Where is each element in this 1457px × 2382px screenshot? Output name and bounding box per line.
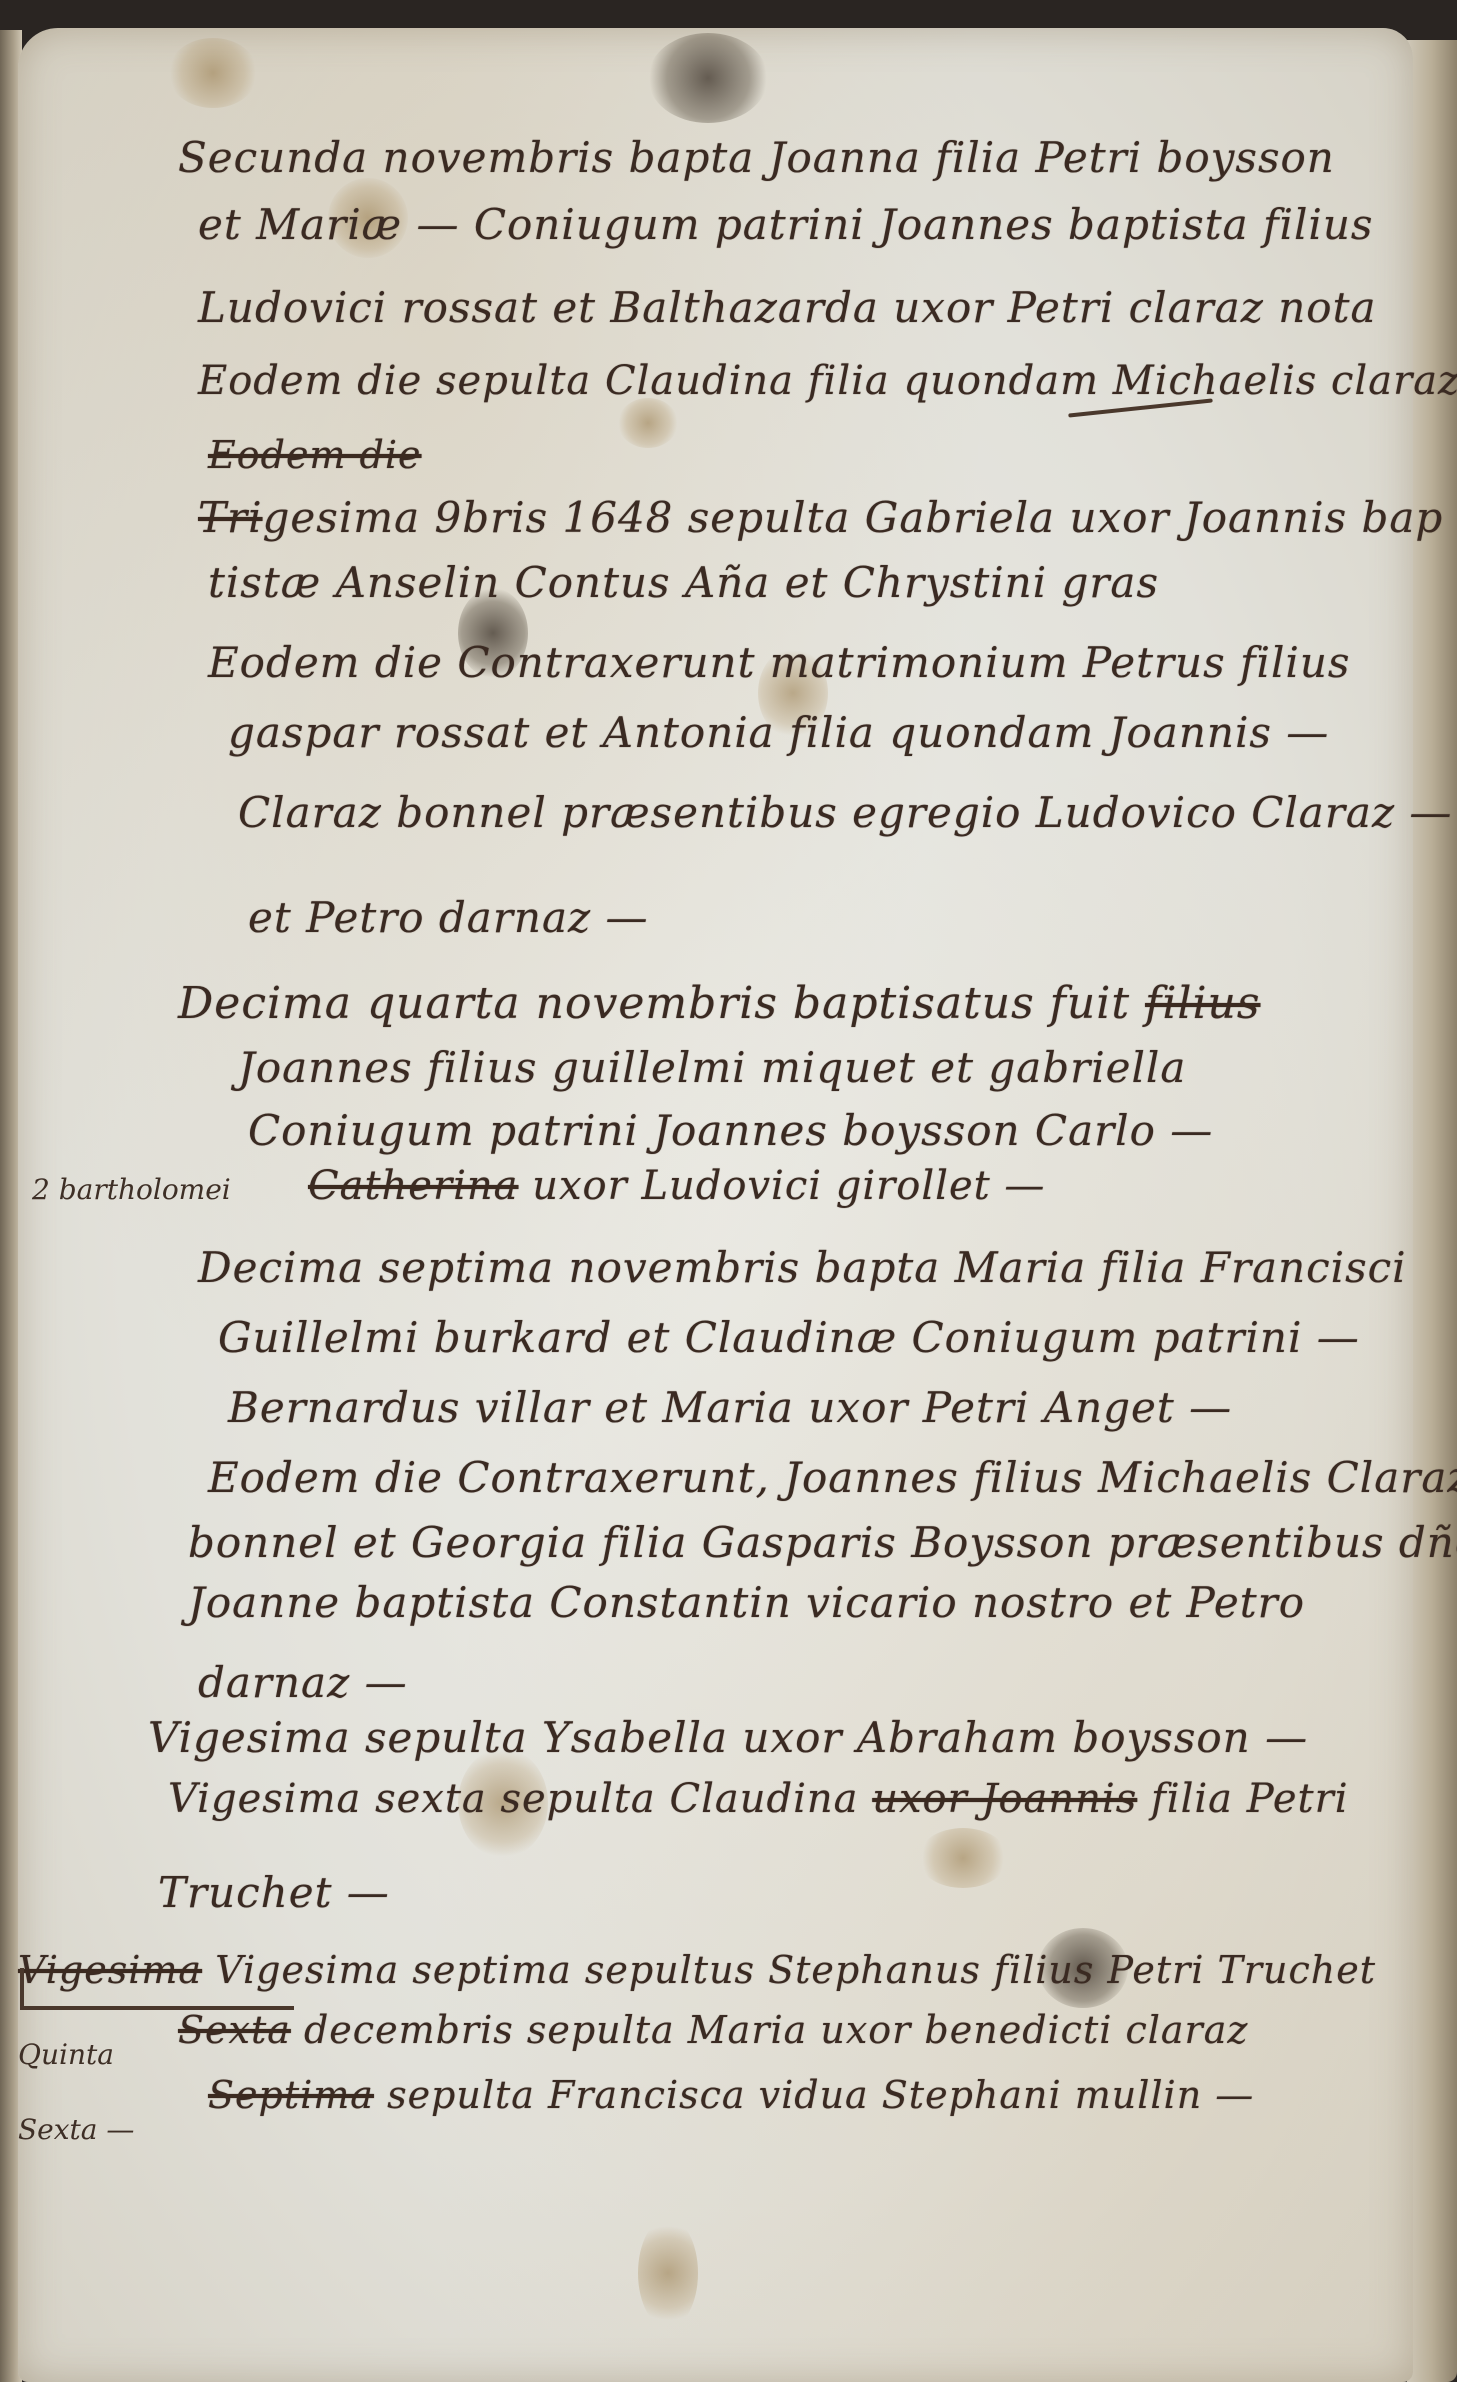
manuscript-line: Secunda novembris bapta Joanna filia Pet…	[178, 133, 1335, 182]
manuscript-line: Vigesima sepulta Ysabella uxor Abraham b…	[148, 1713, 1308, 1762]
manuscript-line: Vigesima sexta sepulta Claudina uxor Joa…	[168, 1776, 1349, 1822]
manuscript-line: darnaz —	[198, 1658, 408, 1707]
manuscript-line: Guillelmi burkard et Claudinæ Coniugum p…	[218, 1313, 1360, 1362]
manuscript-line: Joanne baptista Constantin vicario nostr…	[188, 1578, 1305, 1627]
manuscript-line: Joannes filius guillelmi miquet et gabri…	[238, 1043, 1186, 1092]
manuscript-line-struck: Eodem die	[208, 433, 422, 477]
manuscript-line: bonnel et Georgia filia Gasparis Boysson…	[188, 1518, 1457, 1567]
manuscript-line: Catherina uxor Ludovici girollet —	[308, 1163, 1045, 1209]
manuscript-line: Eodem die Contraxerunt, Joannes filius M…	[208, 1453, 1457, 1502]
manuscript-line: Eodem die Contraxerunt matrimonium Petru…	[208, 638, 1350, 687]
manuscript-line: Eodem die sepulta Claudina filia quondam…	[198, 358, 1457, 404]
manuscript-line: Ludovici rossat et Balthazarda uxor Petr…	[198, 283, 1377, 332]
manuscript-line: Coniugum patrini Joannes boysson Carlo —	[248, 1106, 1213, 1155]
manuscript-line: gaspar rossat et Antonia filia quondam J…	[228, 708, 1329, 757]
stain	[168, 38, 258, 108]
manuscript-line: Sexta decembris sepulta Maria uxor bened…	[178, 2008, 1248, 2052]
manuscript-line: Truchet —	[158, 1868, 390, 1917]
manuscript-line: Septima sepulta Francisca vidua Stephani…	[208, 2073, 1254, 2117]
stain	[918, 1828, 1008, 1888]
register-page: Secunda novembris bapta Joanna filia Pet…	[18, 28, 1413, 2382]
stain	[638, 2218, 698, 2328]
manuscript-line: Decima quarta novembris baptisatus fuit …	[178, 978, 1260, 1029]
manuscript-line: et Mariæ — Coniugum patrini Joannes bapt…	[198, 200, 1373, 249]
margin-note: 2 bartholomei	[32, 1173, 231, 1206]
margin-bracket	[20, 1968, 294, 2010]
ink-blot	[648, 33, 768, 123]
manuscript-line: et Petro darnaz —	[248, 893, 648, 942]
manuscript-line: Bernardus villar et Maria uxor Petri Ang…	[228, 1383, 1232, 1432]
manuscript-line: Trigesima 9bris 1648 sepulta Gabriela ux…	[198, 493, 1443, 542]
manuscript-line: Claraz bonnel præsentibus egregio Ludovi…	[238, 788, 1452, 837]
margin-note: Quinta	[18, 2038, 114, 2071]
manuscript-line: Decima septima novembris bapta Maria fil…	[198, 1243, 1407, 1292]
scanned-manuscript: Secunda novembris bapta Joanna filia Pet…	[0, 0, 1457, 2382]
stain	[618, 398, 678, 448]
manuscript-line: tistæ Anselin Contus Aña et Chrystini gr…	[208, 558, 1159, 607]
margin-note: Sexta —	[18, 2113, 134, 2146]
